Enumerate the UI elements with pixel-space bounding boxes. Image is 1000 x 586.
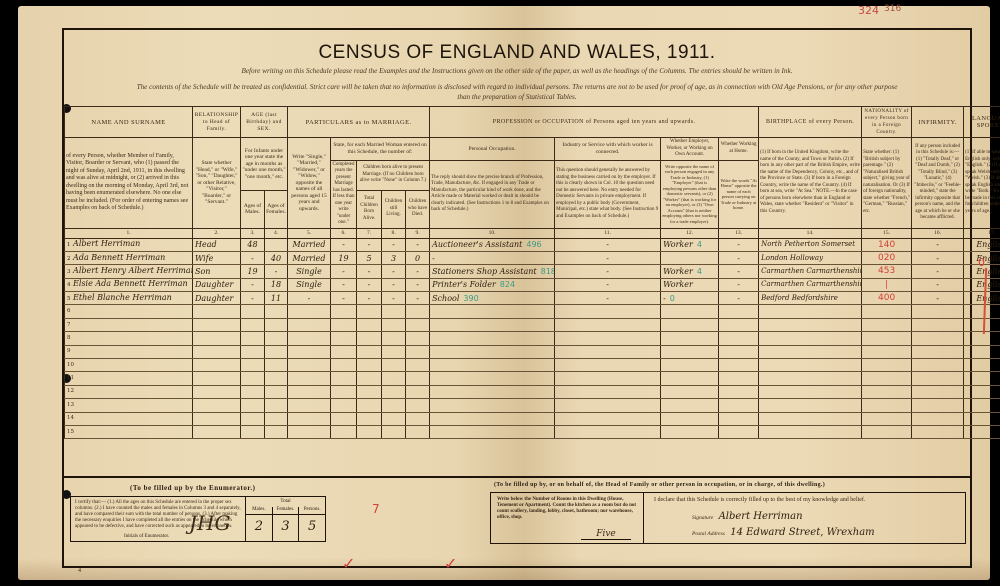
col-num: 10.	[430, 228, 555, 238]
children-died: 0	[406, 251, 430, 264]
marital-condition: Married	[288, 238, 331, 251]
col-num: 1.	[65, 228, 193, 238]
children-living: 3	[382, 251, 406, 264]
industry: -	[555, 265, 661, 278]
years-married: 19	[331, 251, 357, 264]
occupation: School	[432, 294, 459, 303]
occupation: Printer's Folder	[432, 280, 496, 289]
header-nationality: NATIONALITY of every Person born in a Fo…	[862, 107, 912, 138]
children-living: -	[382, 292, 406, 305]
row-number: 7	[65, 318, 193, 331]
empty-row: 14	[65, 412, 1000, 425]
col-num: 15.	[862, 228, 912, 238]
col-num: 13.	[719, 228, 759, 238]
household-caption: (To be filled up by, or on behalf of, th…	[494, 482, 825, 488]
row-number: 6	[65, 305, 193, 318]
employment-status: -	[663, 294, 666, 303]
row-number: 9	[65, 345, 193, 358]
address-label: Postal Address	[692, 531, 725, 537]
signature-label: Signature	[692, 515, 713, 521]
occupation-code: 390	[463, 294, 478, 303]
empty-row: 6	[65, 305, 1000, 318]
desc-employer: Whether Employer, Worker, or Working on …	[661, 138, 719, 161]
desc-ages-females: Ages of Females.	[265, 190, 288, 228]
desc-at-home-detail: Write the words "At Home" opposite the n…	[719, 160, 759, 228]
row-number: 13	[65, 399, 193, 412]
header-name: NAME AND SURNAME	[65, 107, 193, 138]
occupation: Stationers Shop Assistant	[432, 267, 537, 276]
industry: -	[555, 292, 661, 305]
relationship: Head	[193, 238, 241, 251]
age-female: -	[265, 265, 288, 278]
age-male: -	[241, 292, 265, 305]
col-num: 17.	[964, 228, 1000, 238]
marital-condition: Single	[288, 278, 331, 291]
desc-children: Children born alive to present Marriage.…	[357, 160, 430, 190]
persons-label: Persons.	[299, 507, 325, 515]
working-at-home: -	[719, 292, 759, 305]
col-num: 8.	[382, 228, 406, 238]
working-at-home: -	[719, 278, 759, 291]
children-living: -	[382, 238, 406, 251]
table-row: 5 Ethel Blanche Herriman Daughter - 11 -…	[65, 292, 1000, 305]
working-at-home: -	[719, 251, 759, 264]
years-married: -	[331, 265, 357, 278]
working-at-home: -	[719, 265, 759, 278]
age-female: 11	[265, 292, 288, 305]
head-signature: Albert Herriman	[719, 511, 803, 522]
census-table: NAME AND SURNAME RELATIONSHIP to Head of…	[64, 106, 1000, 439]
years-married: -	[331, 292, 357, 305]
page-number: 4	[78, 568, 81, 574]
children-born: -	[357, 265, 382, 278]
children-died: -	[406, 238, 430, 251]
birthplace-code: 020	[878, 253, 895, 263]
empty-row: 12	[65, 385, 1000, 398]
desc-birthplace: (1) If born in the United Kingdom, write…	[759, 138, 862, 229]
years-married: -	[331, 238, 357, 251]
desc-total-born: Total Children Born Alive.	[357, 190, 382, 228]
birthplace: Carmarthen Carmarthenshire	[759, 278, 862, 291]
empty-row: 8	[65, 332, 1000, 345]
footer-section: (To be filled up by the Enumerator.) I c…	[64, 476, 970, 568]
males-total: 2	[246, 519, 272, 534]
marital-condition: -	[288, 292, 331, 305]
desc-died: Children who have Died.	[406, 190, 430, 228]
enumerator-caption: (To be filled up by the Enumerator.)	[130, 484, 255, 492]
person-name: Albert Herriman	[73, 239, 140, 248]
rooms-box: Write below the Number of Rooms in this …	[490, 492, 644, 544]
confidentiality-text: The contents of the Schedule will be tre…	[72, 82, 962, 92]
col-num: 5.	[288, 228, 331, 238]
schedule-number: 324	[858, 4, 879, 17]
col-num: 6.	[331, 228, 357, 238]
infirmity: -	[912, 292, 964, 305]
employment-code: 4	[697, 240, 702, 249]
language: English	[964, 292, 1000, 305]
occupation-code: 824	[500, 280, 515, 289]
birthplace: North Petherton Somerset	[759, 238, 862, 251]
age-female	[265, 238, 288, 251]
industry: -	[555, 238, 661, 251]
desc-relationship: State whether "Head," or "Wife," "Son," …	[193, 138, 241, 229]
enumerator-initials: JHG	[189, 511, 230, 535]
age-female: 18	[265, 278, 288, 291]
empty-row: 9	[65, 345, 1000, 358]
age-male: 19	[241, 265, 265, 278]
females-total: 3	[273, 519, 299, 534]
industry: -	[555, 251, 661, 264]
children-born: -	[357, 278, 382, 291]
row-number: 12	[65, 385, 193, 398]
table-row: 1 Albert Herriman Head 48 Married - - - …	[65, 238, 1000, 251]
red-annotation: 7	[372, 502, 380, 516]
row-number: 4	[67, 282, 71, 288]
infirmity: -	[912, 278, 964, 291]
row-number: 1	[67, 242, 71, 248]
empty-row: 13	[65, 399, 1000, 412]
children-born: -	[357, 238, 382, 251]
employment-code: 4	[697, 267, 702, 276]
red-margin-annotation: 0	[978, 256, 985, 269]
persons-total: 5	[299, 519, 325, 534]
children-living: -	[382, 278, 406, 291]
col-num: 11.	[555, 228, 661, 238]
col-num: 9.	[406, 228, 430, 238]
col-num: 12.	[661, 228, 719, 238]
birthplace-code: 140	[878, 240, 895, 250]
relationship: Daughter	[193, 292, 241, 305]
employment-code: 0	[670, 294, 675, 303]
census-form: CENSUS OF ENGLAND AND WALES, 1911. Befor…	[62, 28, 972, 568]
desc-ages-males: Ages of Males.	[241, 190, 265, 228]
col-num: 7.	[357, 228, 382, 238]
rooms-instruction: Write below the Number of Rooms in this …	[497, 497, 639, 521]
marital-condition: Single	[288, 265, 331, 278]
infirmity: -	[912, 251, 964, 264]
person-name: Albert Henry Albert Herriman	[73, 266, 192, 275]
occupation-code: 496	[526, 240, 541, 249]
birthplace: London Holloway	[759, 251, 862, 264]
col-num: 2.	[193, 228, 241, 238]
postal-address: 14 Edward Street, Wrexham	[730, 527, 874, 538]
infirmity: -	[912, 265, 964, 278]
desc-name: of every Person, whether Member of Famil…	[65, 138, 193, 229]
person-name: Elsie Ada Bennett Herriman	[73, 279, 188, 288]
marital-condition: Married	[288, 251, 331, 264]
desc-personal-occupation-detail: The reply should show the precise branch…	[430, 160, 555, 228]
empty-row: 11	[65, 372, 1000, 385]
children-died: -	[406, 292, 430, 305]
relationship: Wife	[193, 251, 241, 264]
years-married: -	[331, 278, 357, 291]
occupation: Auctioneer's Assistant	[432, 240, 522, 249]
check-mark-icon: ✓	[444, 554, 457, 573]
table-row: 3 Albert Henry Albert Herriman Son 19 - …	[65, 265, 1000, 278]
confidentiality-text-2: than the preparation of Statistical Tabl…	[72, 92, 962, 102]
relationship: Son	[193, 265, 241, 278]
col-num: 16.	[912, 228, 964, 238]
declaration-box: I declare that this Schedule is correctl…	[644, 492, 966, 544]
desc-condition: Write "Single," "Married," "Widower," or…	[288, 138, 331, 229]
age-male: -	[241, 251, 265, 264]
children-died: -	[406, 265, 430, 278]
occupation: -	[432, 254, 435, 263]
age-male: -	[241, 278, 265, 291]
person-name: Ada Bennett Herriman	[73, 253, 165, 262]
employment-status: Worker	[663, 267, 693, 276]
row-number: 15	[65, 425, 193, 438]
empty-row: 15	[65, 425, 1000, 438]
desc-nationality: State whether: (1) "British subject by p…	[862, 138, 912, 229]
birthplace-code: 453	[878, 266, 895, 276]
table-row: 4 Elsie Ada Bennett Herriman Daughter - …	[65, 278, 1000, 291]
empty-row: 7	[65, 318, 1000, 331]
header-relationship: RELATIONSHIP to Head of Family.	[193, 107, 241, 138]
children-died: -	[406, 278, 430, 291]
children-born: 5	[357, 251, 382, 264]
children-living: -	[382, 265, 406, 278]
person-name: Ethel Blanche Herriman	[73, 293, 172, 302]
check-mark-icon: ✓	[342, 554, 355, 573]
row-number: 3	[67, 269, 71, 275]
header-marriage: PARTICULARS as to MARRIAGE.	[288, 107, 430, 138]
col-num: 4.	[265, 228, 288, 238]
empty-row: 10	[65, 359, 1000, 372]
birthplace-code: |	[885, 280, 888, 290]
row-number: 8	[65, 332, 193, 345]
desc-industry-detail: This question should generally be answer…	[555, 160, 661, 228]
desc-married-women: State, for each Married Woman entered on…	[331, 138, 430, 161]
employment-status: Worker	[663, 240, 693, 249]
children-born: -	[357, 292, 382, 305]
row-number: 10	[65, 359, 193, 372]
age-male: 48	[241, 238, 265, 251]
desc-age: For Infants under one year state the age…	[241, 138, 288, 191]
language: English	[964, 238, 1000, 251]
row-number: 11	[65, 372, 193, 385]
row-number: 5	[67, 296, 71, 302]
birthplace: Bedford Bedfordshire	[759, 292, 862, 305]
header-age: AGE (last Birthday) and SEX.	[241, 107, 288, 138]
birthplace: Carmarthen Carmarthenshire	[759, 265, 862, 278]
relationship: Daughter	[193, 278, 241, 291]
instruction-text: Before writing on this Schedule please r…	[72, 66, 962, 76]
declaration-text: I declare that this Schedule is correctl…	[654, 497, 865, 503]
rooms-count: Five	[581, 529, 631, 540]
desc-employer-detail: Write opposite the name of each person e…	[661, 160, 719, 228]
col-num: 3.	[241, 228, 265, 238]
birthplace-code: 400	[878, 293, 895, 303]
schedule-mark: 316	[884, 4, 901, 14]
desc-living: Children still Living.	[382, 190, 406, 228]
header-language: LANGUAGE SPOKEN.	[964, 107, 1000, 138]
header-infirmity: INFIRMITY.	[912, 107, 964, 138]
desc-personal-occupation: Personal Occupation.	[430, 138, 555, 161]
industry: -	[555, 278, 661, 291]
desc-at-home: Whether Working at Home.	[719, 138, 759, 161]
header-occupation: PROFESSION or OCCUPATION of Persons aged…	[430, 107, 759, 138]
females-label: Females.	[273, 507, 299, 515]
desc-years-married: Completed years the present Marriage has…	[331, 160, 357, 228]
males-label: Males.	[246, 507, 272, 515]
infirmity: -	[912, 238, 964, 251]
col-num: 14.	[759, 228, 862, 238]
totals-box: Total Males.2 Females.3 Persons.5	[245, 497, 325, 541]
header-birthplace: BIRTHPLACE of every Person.	[759, 107, 862, 138]
totals-label: Total	[246, 499, 325, 504]
table-row: 2 Ada Bennett Herriman Wife - 40 Married…	[65, 251, 1000, 264]
age-female: 40	[265, 251, 288, 264]
enumerator-box: I certify that:— (1.) All the ages on th…	[70, 496, 326, 542]
occupation-code: 818	[541, 267, 555, 276]
row-number: 14	[65, 412, 193, 425]
working-at-home: -	[719, 238, 759, 251]
desc-language: (1) If able to speak English only, write…	[964, 138, 1000, 229]
form-title: CENSUS OF ENGLAND AND WALES, 1911.	[64, 42, 970, 64]
desc-industry: Industry or Service with which worker is…	[555, 138, 661, 161]
enumerator-signature-label: Initials of Enumerator.	[124, 534, 169, 539]
desc-infirmity: If any person included in this Schedule …	[912, 138, 964, 229]
employment-status: Worker	[663, 280, 693, 289]
row-number: 2	[67, 256, 71, 262]
language: English	[964, 278, 1000, 291]
